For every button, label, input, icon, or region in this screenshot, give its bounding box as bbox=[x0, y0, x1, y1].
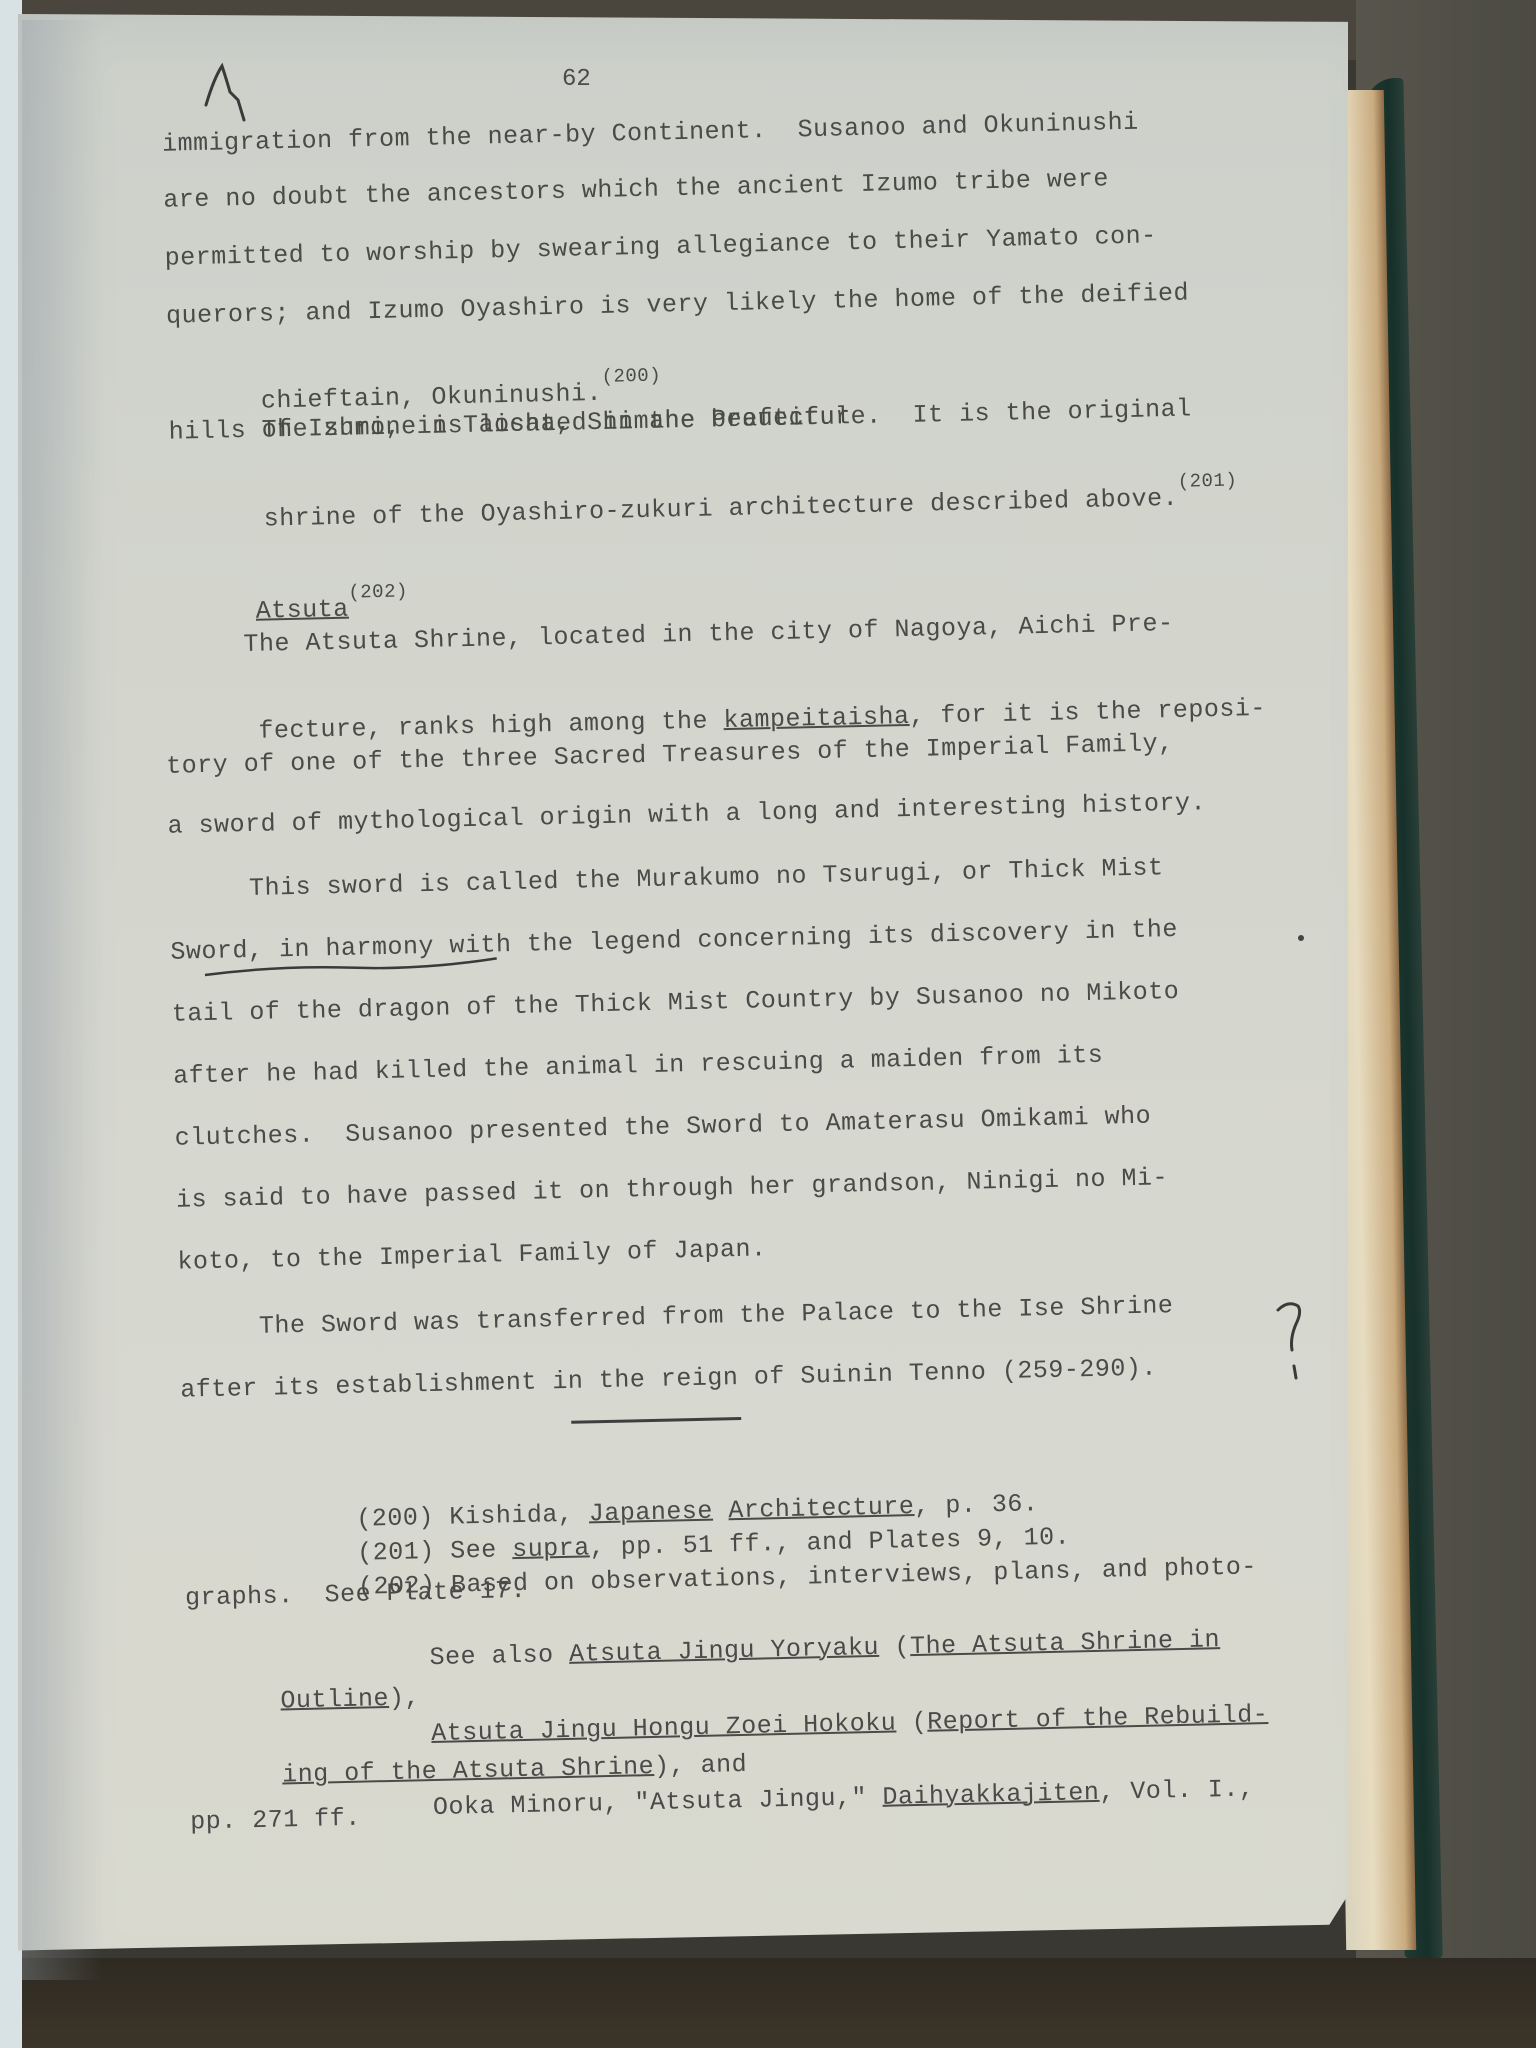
footnote-ref-200: (200) bbox=[601, 364, 661, 387]
body-text: , for it is the reposi- bbox=[909, 694, 1266, 731]
footnote-text: ( bbox=[879, 1632, 911, 1662]
handwritten-caret-mark bbox=[200, 60, 260, 130]
footnote-text: See also bbox=[429, 1640, 569, 1672]
footnote-text: Based on observations, interviews, plans… bbox=[451, 1552, 1258, 1599]
margin-dot bbox=[1298, 935, 1304, 941]
footnote-title: Daihyakkajiten bbox=[882, 1778, 1100, 1812]
footnote-ref-201: (201) bbox=[1177, 469, 1237, 492]
footnote-title: Report of the Rebuild- bbox=[927, 1700, 1269, 1737]
handwritten-question-mark bbox=[1272, 1298, 1312, 1388]
footnote-title: The Atsuta Shrine in bbox=[910, 1625, 1221, 1661]
photo-scene: 62 immigration from the near-by Continen… bbox=[0, 0, 1536, 2048]
underlined-term: kampeitaisha bbox=[723, 702, 910, 735]
footnote-ref-202: (202) bbox=[348, 580, 408, 603]
footnote-text: ( bbox=[896, 1708, 928, 1738]
footnote-text: Ooka Minoru, "Atsuta Jingu," bbox=[433, 1783, 883, 1822]
background-table bbox=[0, 1958, 1536, 2048]
page-number: 62 bbox=[562, 66, 591, 93]
body-text: shrine of the Oyashiro-zukuri architectu… bbox=[263, 484, 1178, 534]
footnote-title: Atsuta Jingu Yoryaku bbox=[569, 1633, 880, 1669]
gutter-shadow bbox=[22, 20, 102, 1980]
footnote-202-pages: pp. 271 ff. bbox=[190, 1804, 361, 1837]
footnote-text: , Vol. I., bbox=[1099, 1774, 1255, 1807]
heading-text: Atsuta bbox=[255, 595, 349, 626]
